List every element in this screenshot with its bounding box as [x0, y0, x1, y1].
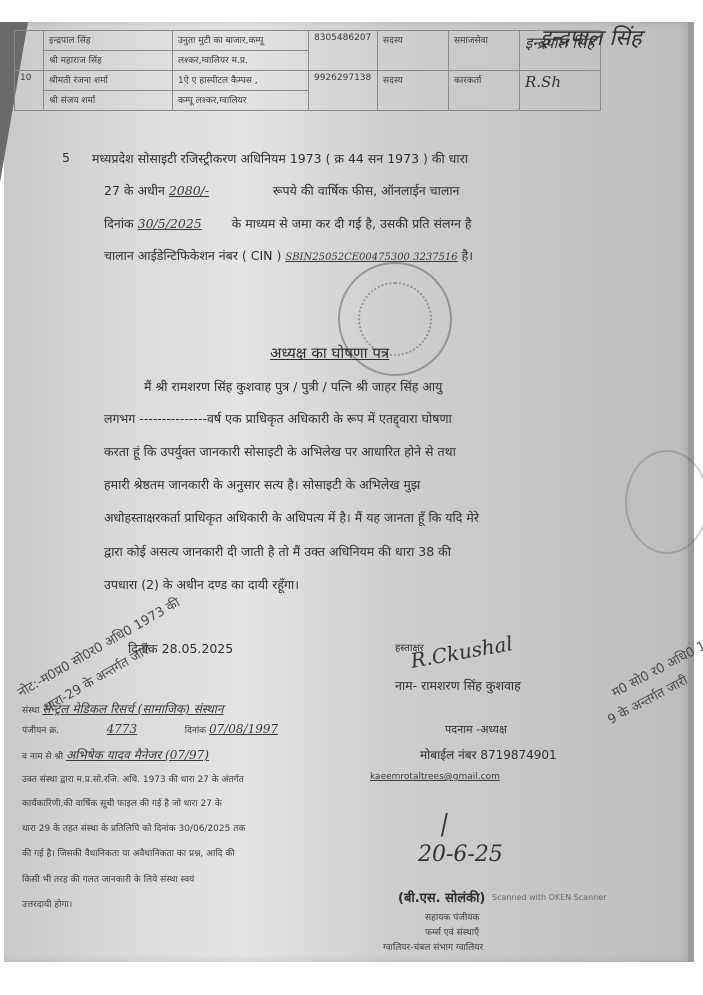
label: चालान आईडेन्टिफिकेशन नंबर ( CIN ) — [104, 248, 281, 263]
member-name: इन्द्रपाल सिंह — [44, 31, 173, 51]
declaration-line: मैं श्री रामशरण सिंह कुशवाह पुत्र / पुत्… — [144, 378, 442, 395]
section5-line3: दिनांक 30/5/2025 के माध्यम से जमा कर दी … — [104, 215, 472, 232]
member-address: उनुता मुटी का बाजार,कम्पू — [173, 31, 309, 51]
declaration-line: अधोहस्ताक्षरकर्ता प्राधिकृत अधिकारी के अ… — [104, 509, 479, 526]
office-line: उत्तरदायी होगा। — [22, 897, 72, 910]
official-seal-right — [625, 450, 703, 554]
officer-title: ग्वालियर-चंबल संभाग ग्वालियर — [383, 940, 483, 953]
declaration-line: लगभग ---------------वर्ष एक प्राधिकृत अध… — [104, 410, 452, 427]
section5-line4: चालान आईडेन्टिफिकेशन नंबर ( CIN ) SBIN25… — [104, 247, 473, 264]
label: दिनांक — [185, 726, 206, 736]
office-line: उक्त संस्था द्वारा म.प्र.सो.रजि. अधि. 19… — [22, 772, 244, 785]
designation: पदनाम -अध्यक्ष — [445, 722, 507, 737]
member-address-2: कम्पू लश्कर,ग्वालियर — [173, 91, 309, 111]
chairman-name: नाम- रामशरण सिंह कुशवाह — [395, 677, 521, 694]
table-row: इन्द्रपाल सिंह उनुता मुटी का बाजार,कम्पू… — [15, 31, 601, 51]
handwritten-name-top: इन्द्रपाल सिंह — [540, 22, 642, 52]
declaration-line: द्वारा कोई असत्य जानकारी दी जाती है तो म… — [104, 543, 451, 560]
scanner-note: Scanned with OKEN Scanner — [492, 893, 606, 902]
officer-title: फर्म्स एवं संस्थाएँ — [425, 925, 479, 938]
label: पंजीयन क्र. — [22, 726, 59, 736]
cin-number: SBIN25052CE00475300 3237516 — [285, 252, 457, 263]
member-position: कारकर्ता — [449, 71, 520, 111]
member-role: सदस्य — [378, 71, 449, 111]
label: के माध्यम से जमा कर दी गई है, उसकी प्रति… — [232, 216, 472, 231]
officer-name: (बी.एस. सोलंकी) — [398, 888, 485, 906]
member-phone: 9926297138 — [309, 71, 378, 111]
section5-line2: 27 के अधीन 2080/- रूपये की वार्षिक फीस, … — [104, 182, 460, 199]
table-row: 10 श्रीमती रंजना शर्मा 1ऐ ए हास्पीटल कैम… — [15, 71, 601, 91]
fee-amount: 2080/- — [169, 183, 269, 198]
from-field: व नाम से श्री अभिषेक यादव मैनेजर (07/97) — [22, 746, 209, 763]
label: है। — [462, 248, 473, 263]
row-number — [15, 31, 44, 71]
registration-field: पंजीयन क्र. 4773 दिनांक 07/08/1997 — [22, 722, 278, 736]
challan-date: 30/5/2025 — [138, 216, 228, 231]
member-name: श्रीमती रंजना शर्मा — [44, 71, 173, 91]
member-guardian: श्री संजय शर्मा — [44, 91, 173, 111]
label: रूपये की वार्षिक फीस, ऑनलाईन चालान — [273, 183, 460, 198]
declaration-line: उपधारा (2) के अधीन दण्ड का दायी रहूँगा। — [104, 576, 299, 593]
office-line: कार्यकारिणी,की वार्षिक सूची फाइल की गई ह… — [22, 796, 222, 809]
office-line: किसी भी तरह की गलत जानकारी के लिये संस्थ… — [22, 872, 194, 885]
members-table: इन्द्रपाल सिंह उनुता मुटी का बाजार,कम्पू… — [14, 30, 601, 111]
from-value: अभिषेक यादव मैनेजर (07/97) — [66, 748, 209, 762]
member-phone: 8305486207 — [309, 31, 378, 71]
officer-initial-date: 20-6-25 — [418, 842, 503, 867]
mobile-number: मोबाईल नंबर 8719874901 — [420, 746, 557, 763]
label: व नाम से श्री — [22, 752, 63, 762]
declaration-title: अध्यक्ष का घोषणा पत्र — [270, 343, 389, 363]
declaration-line: हमारी श्रेष्ठतम जानकारी के अनुसार सत्य ह… — [104, 476, 420, 493]
officer-title: सहायक पंजीयक — [425, 910, 479, 923]
member-signature: R.Sh — [520, 71, 601, 111]
registration-number: 4773 — [62, 722, 182, 736]
office-line: की गई है। जिसकी वैधानिकता या अवैधानिकता … — [22, 846, 235, 859]
member-position: समाजसेवा — [449, 31, 520, 71]
label: दिनांक — [104, 216, 134, 231]
section-number: 5 — [62, 150, 70, 165]
member-address-2: लश्कर,ग्वालियर म.प्र. — [173, 51, 309, 71]
member-address: 1ऐ ए हास्पीटल कैम्पस , — [173, 71, 309, 91]
society-value: सेन्ट्रल मेडिकल रिसर्च (सामाजिक) संस्थान — [42, 702, 223, 716]
row-number: 10 — [15, 71, 44, 111]
label: 27 के अधीन — [104, 183, 165, 198]
email-link[interactable]: kaeemrotaltrees@gmail.com — [370, 772, 500, 782]
member-guardian: श्री महाराज सिंह — [44, 51, 173, 71]
section5-line1: मध्यप्रदेश सोसाइटी रजिस्ट्रीकरण अधिनियम … — [92, 150, 468, 167]
registration-date: 07/08/1997 — [209, 722, 278, 736]
label: संस्था — [22, 706, 40, 716]
declaration-line: करता हूं कि उपर्युक्त जानकारी सोसाइटी के… — [104, 443, 456, 460]
member-role: सदस्य — [378, 31, 449, 71]
office-line: धारा 29 के तहत संस्था के प्रतिलिपि को दि… — [22, 821, 245, 834]
